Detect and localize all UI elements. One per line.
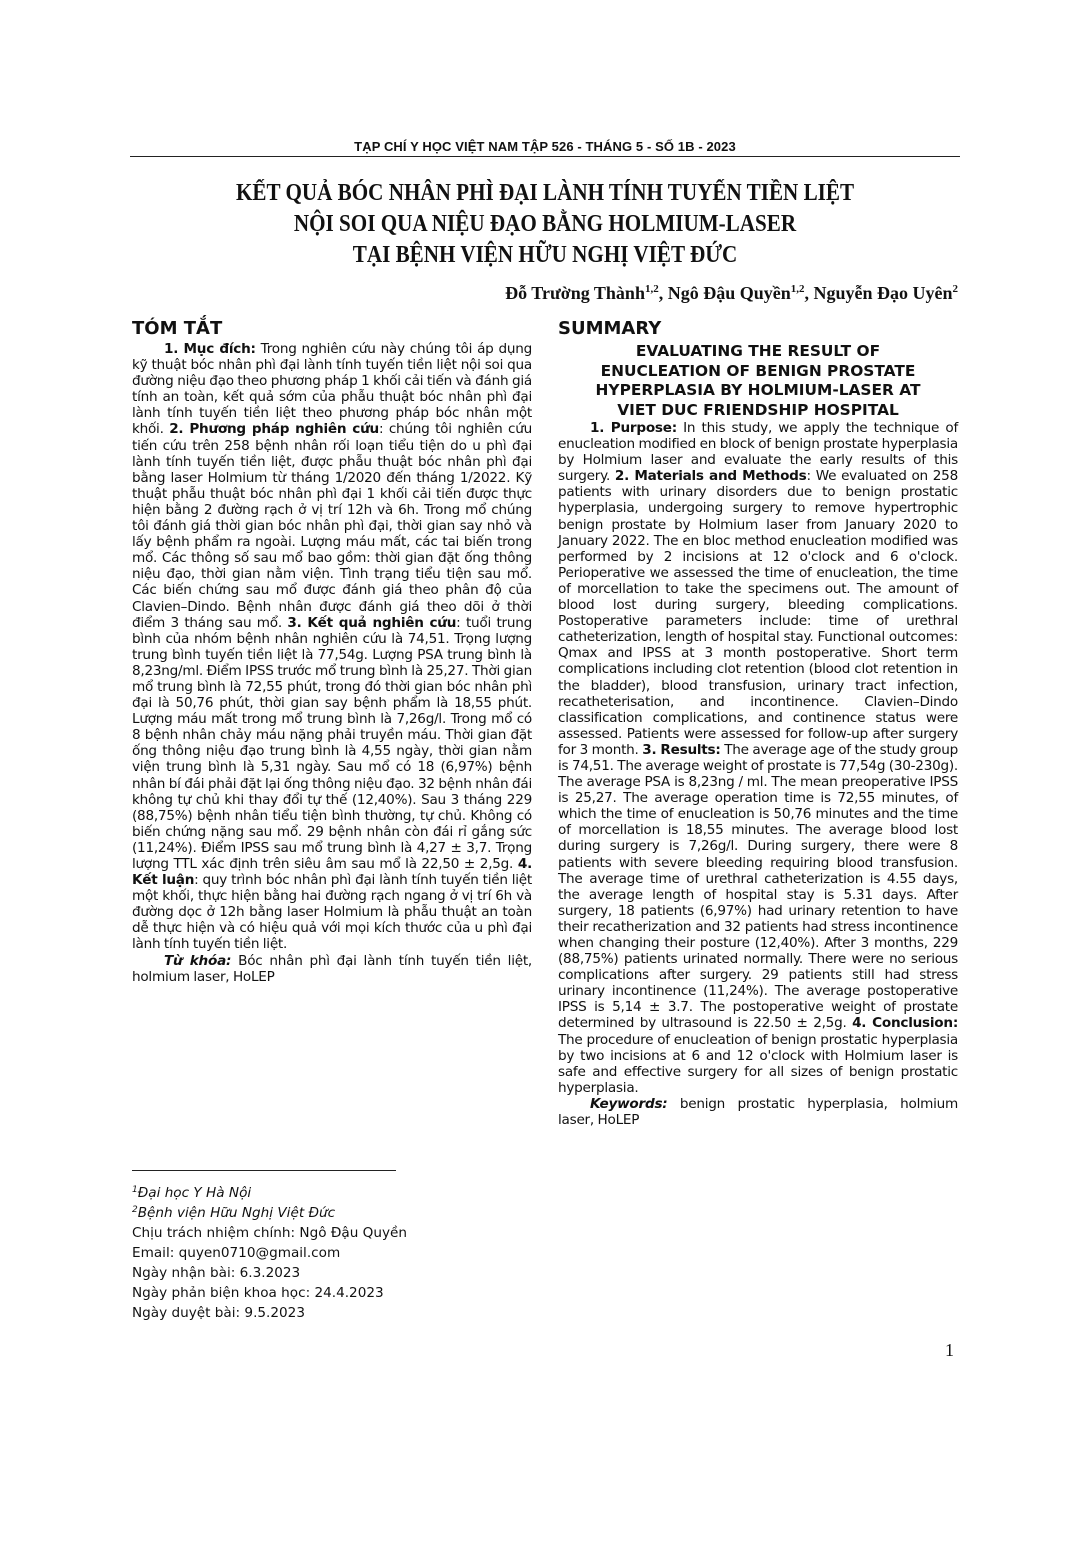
section-text-results: : tuổi trung bình của nhóm bệnh nhân ngh… bbox=[132, 615, 532, 872]
article-title-en: EVALUATING THE RESULT OF ENUCLEATION OF … bbox=[558, 342, 958, 420]
author-list: Đỗ Trường Thành1,2, Ngô Đậu Quyền1,2, Ng… bbox=[505, 283, 958, 304]
author-affiliation: 1,2 bbox=[645, 283, 659, 295]
email: Email: quyen0710@gmail.com bbox=[132, 1243, 532, 1263]
author-separator: , bbox=[659, 283, 668, 303]
title-line-1: KẾT QUẢ BÓC NHÂN PHÌ ĐẠI LÀNH TÍNH TUYẾN… bbox=[180, 178, 910, 209]
title-en-line-3: HYPERPLASIA BY HOLMIUM-LASER AT bbox=[558, 381, 958, 401]
page-number: 1 bbox=[945, 1340, 954, 1361]
affiliation-text: Bệnh viện Hữu Nghị Việt Đức bbox=[138, 1205, 335, 1221]
section-label-methods: 2. Materials and Methods bbox=[615, 468, 807, 484]
footnote-divider bbox=[132, 1170, 396, 1171]
abstract-vi-body: 1. Mục đích: Trong nghiên cứu này chúng … bbox=[132, 341, 532, 953]
affiliation-1: 1Đại học Y Hà Nội bbox=[132, 1183, 532, 1203]
author-name: Ngô Đậu Quyền bbox=[668, 283, 791, 303]
article-title-vi: KẾT QUẢ BÓC NHÂN PHÌ ĐẠI LÀNH TÍNH TUYẾN… bbox=[180, 178, 910, 271]
author-affiliation: 2 bbox=[953, 283, 959, 295]
summary-en-body: 1. Purpose: In this study, we apply the … bbox=[558, 420, 958, 1096]
summary-en-heading: SUMMARY bbox=[558, 318, 958, 340]
header-divider bbox=[130, 156, 960, 157]
section-text-results: The average age of the study group is 74… bbox=[558, 742, 958, 1032]
affiliation-2: 2Bệnh viện Hữu Nghị Việt Đức bbox=[132, 1203, 532, 1223]
keywords-en: Keywords: benign prostatic hyperplasia, … bbox=[558, 1096, 958, 1128]
author-name: Đỗ Trường Thành bbox=[505, 283, 645, 303]
title-en-line-1: EVALUATING THE RESULT OF bbox=[558, 342, 958, 362]
section-label-purpose: 1. Mục đích: bbox=[164, 341, 256, 357]
keywords-vi: Từ khóa: Bóc nhân phì đại lành tính tuyế… bbox=[132, 953, 532, 985]
review-date: Ngày phản biện khoa học: 24.4.2023 bbox=[132, 1283, 532, 1303]
section-text-conclusion: The procedure of enucleation of benign p… bbox=[558, 1032, 958, 1096]
accepted-date: Ngày duyệt bài: 9.5.2023 bbox=[132, 1303, 532, 1323]
section-label-results: 3. Results: bbox=[642, 742, 720, 758]
title-line-3: TẠI BỆNH VIỆN HỮU NGHỊ VIỆT ĐỨC bbox=[180, 240, 910, 271]
section-label-results: 3. Kết quả nghiên cứu bbox=[287, 615, 456, 631]
section-label-purpose: 1. Purpose: bbox=[590, 420, 677, 436]
footnotes: 1Đại học Y Hà Nội 2Bệnh viện Hữu Nghị Vi… bbox=[132, 1183, 532, 1323]
summary-en-column: SUMMARY EVALUATING THE RESULT OF ENUCLEA… bbox=[558, 318, 958, 1128]
journal-running-header: TẠP CHÍ Y HỌC VIỆT NAM TẬP 526 - THÁNG 5… bbox=[130, 139, 960, 154]
title-line-2: NỘI SOI QUA NIỆU ĐẠO BẰNG HOLMIUM-LASER bbox=[180, 209, 910, 240]
section-text-methods: : We evaluated on 258 patients with urin… bbox=[558, 468, 958, 758]
corresponding-author: Chịu trách nhiệm chính: Ngô Đậu Quyền bbox=[132, 1223, 532, 1243]
abstract-vi-heading: TÓM TẮT bbox=[132, 318, 532, 340]
section-label-methods: 2. Phương pháp nghiên cứu bbox=[169, 421, 379, 437]
keywords-label: Từ khóa: bbox=[164, 953, 231, 969]
journal-page: TẠP CHÍ Y HỌC VIỆT NAM TẬP 526 - THÁNG 5… bbox=[0, 0, 1090, 1541]
title-en-line-4: VIET DUC FRIENDSHIP HOSPITAL bbox=[558, 401, 958, 421]
abstract-vi-column: TÓM TẮT 1. Mục đích: Trong nghiên cứu nà… bbox=[132, 318, 532, 985]
title-en-line-2: ENUCLEATION OF BENIGN PROSTATE bbox=[558, 362, 958, 382]
section-text-methods: : chúng tôi nghiên cứu tiến cứu trên 258… bbox=[132, 421, 532, 630]
affiliation-text: Đại học Y Hà Nội bbox=[138, 1185, 251, 1201]
received-date: Ngày nhận bài: 6.3.2023 bbox=[132, 1263, 532, 1283]
author-name: Nguyễn Đạo Uyên bbox=[813, 283, 952, 303]
author-affiliation: 1,2 bbox=[791, 283, 805, 295]
section-label-conclusion: 4. Conclusion: bbox=[852, 1015, 958, 1031]
keywords-label: Keywords: bbox=[590, 1096, 667, 1112]
